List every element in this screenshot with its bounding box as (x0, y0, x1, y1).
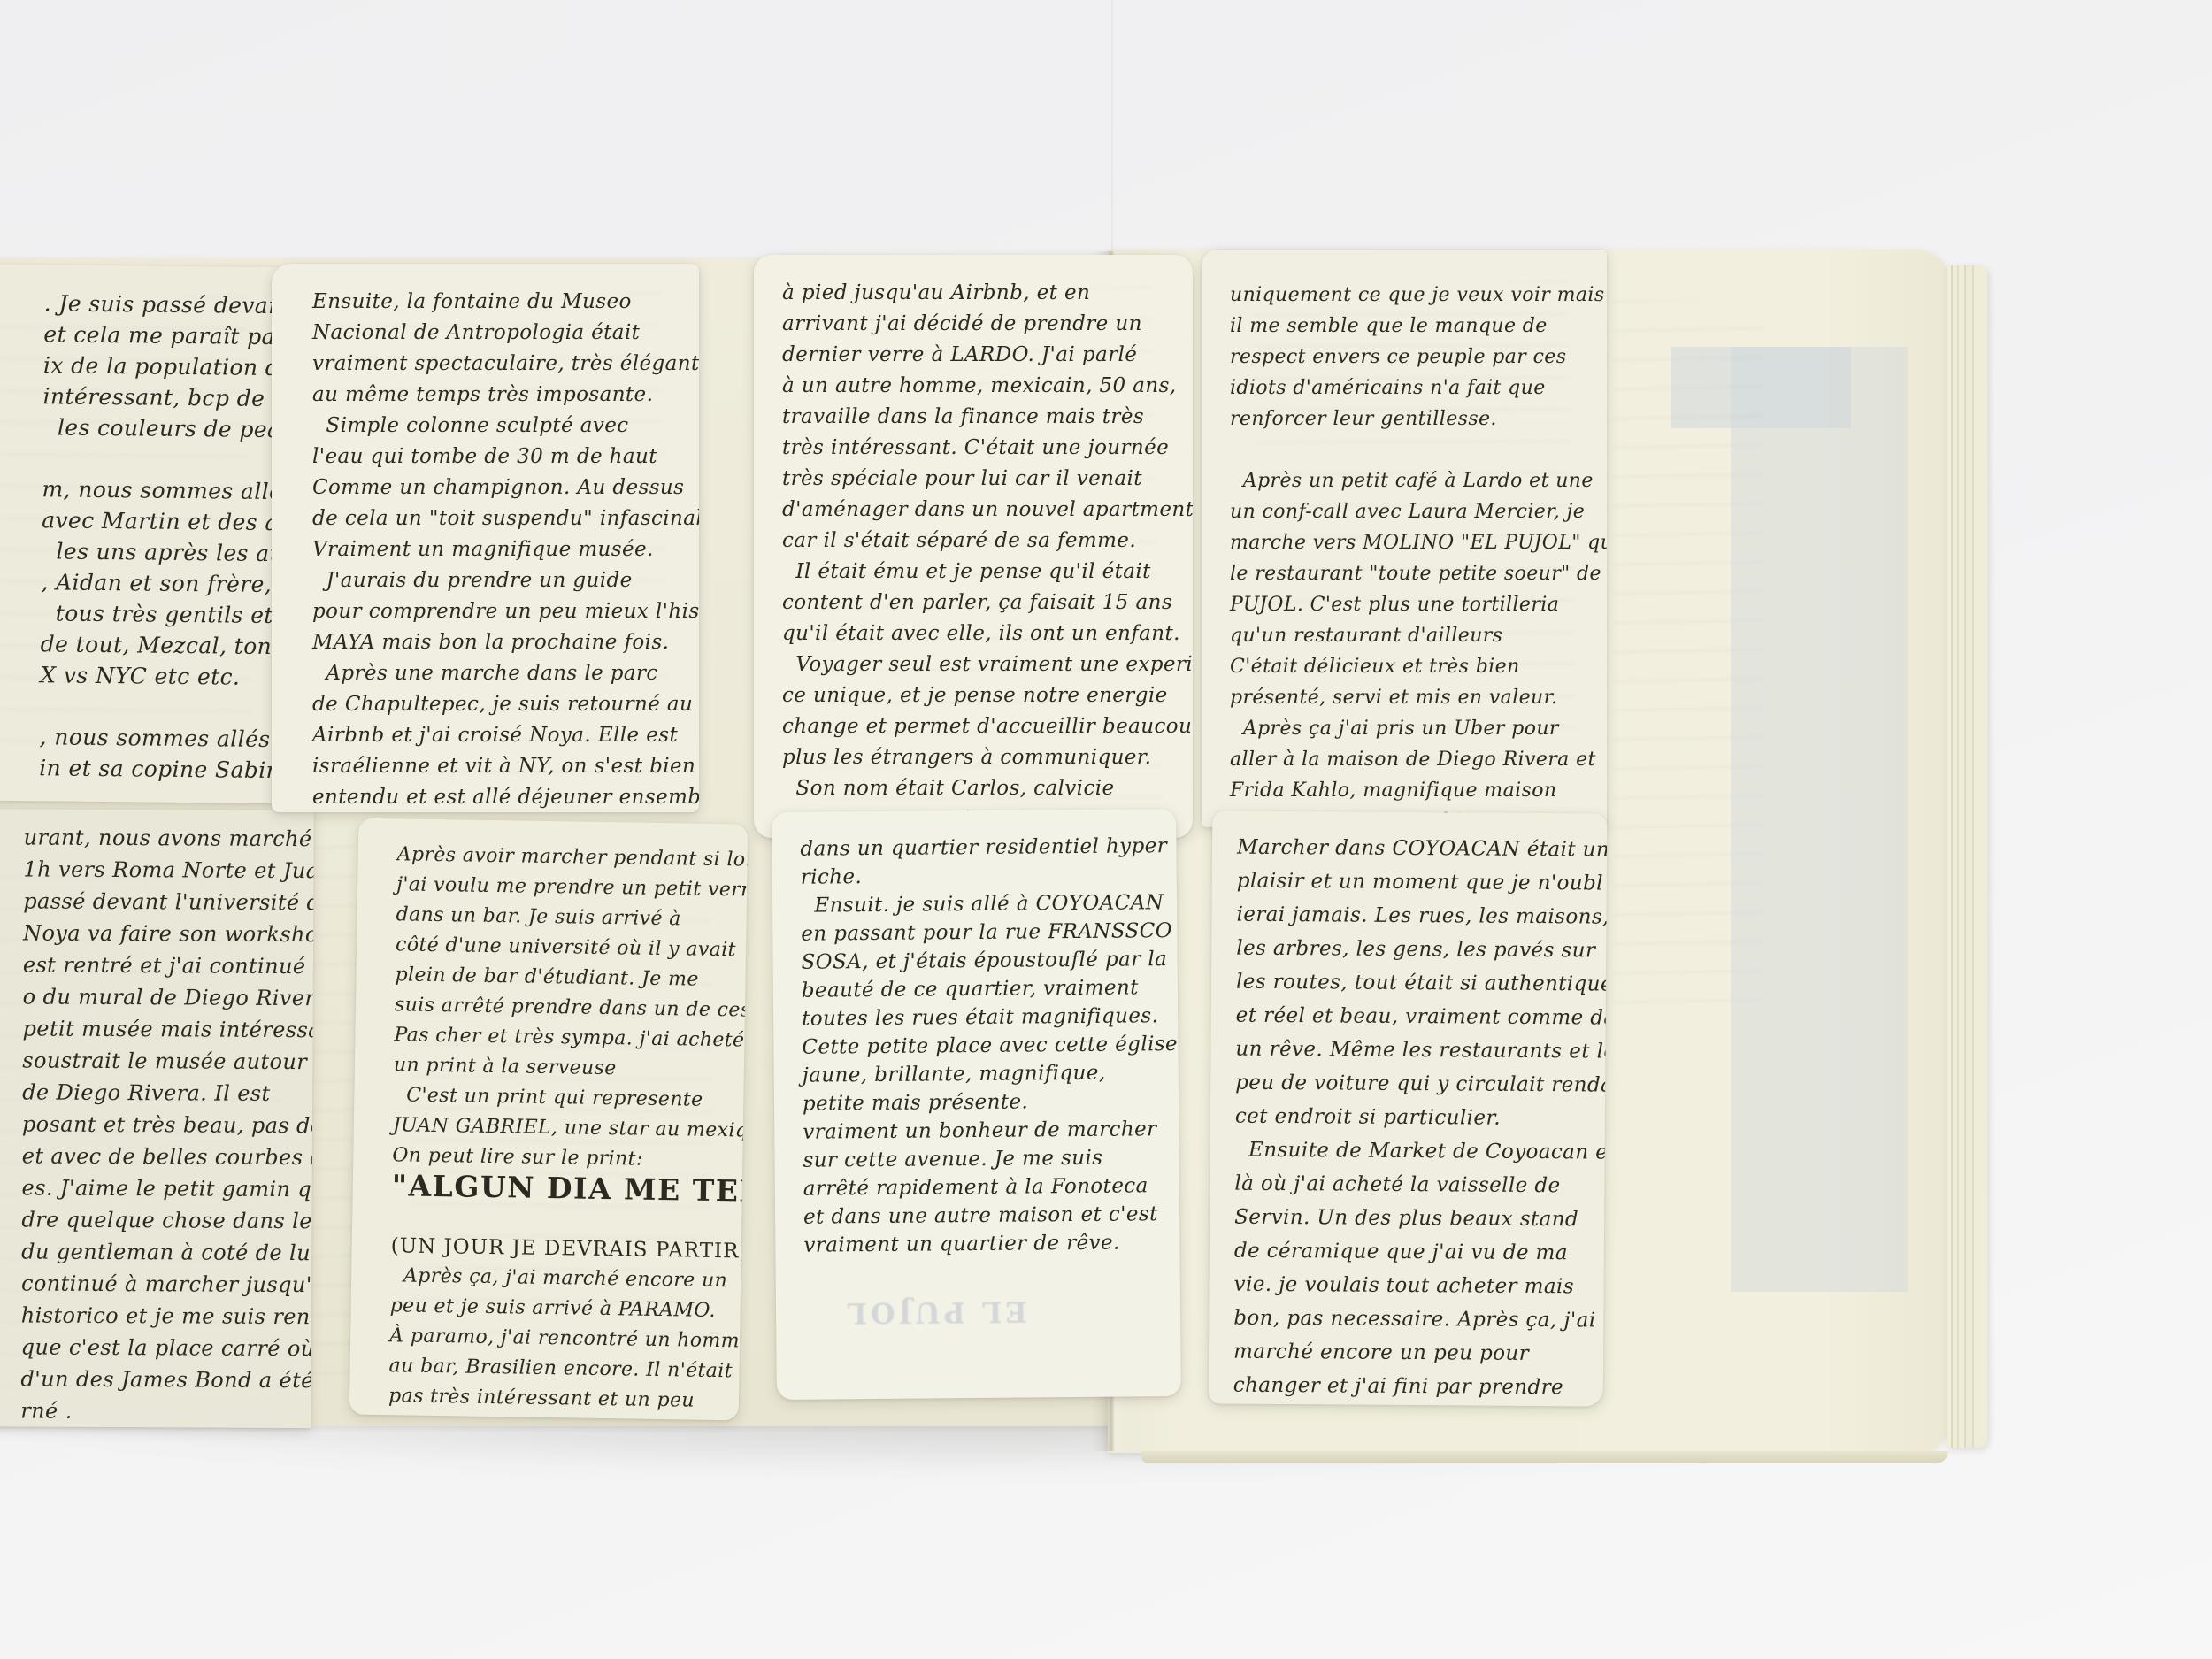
handwritten-line: Cette petite place avec cette église (802, 1030, 1178, 1062)
handwritten-line: Voyager seul est vraiment une experien (782, 649, 1193, 680)
handwritten-line: , nous sommes allés dîner (39, 721, 274, 755)
handwritten-line: les routes, tout était si authentique (1236, 965, 1606, 1002)
handwritten-line: Ensuite, la fontaine du Museo (312, 287, 699, 318)
handwritten-text: à pied jusqu'au Airbnb, et enarrivant j'… (754, 255, 1193, 835)
handwritten-line: renforcer leur gentillesse. (1230, 403, 1607, 434)
handwritten-line: et réel et beau, vraiment comme dans (1236, 999, 1606, 1035)
handwritten-line: et cela me paraît pas (43, 319, 279, 352)
handwritten-line: urant, nous avons marché (24, 821, 314, 855)
handwritten-line: ierai jamais. Les rues, les maisons, (1236, 898, 1606, 934)
handwritten-line: o du mural de Diego Rivera. (23, 980, 313, 1014)
handwritten-line: intéressant, bcp de mexicains, (42, 380, 278, 414)
handwritten-line: Airbnb et j'ai croisé Noya. Elle est (312, 720, 699, 751)
handwritten-line: vie. je voulais tout acheter mais (1233, 1268, 1603, 1304)
handwritten-text: urant, nous avons marché1h vers Roma Nor… (0, 809, 314, 1428)
handwritten-line: Après une marche dans le parc (312, 658, 699, 689)
journal-sheet-col2-top: Ensuite, la fontaine du MuseoNacional de… (272, 264, 699, 812)
handwritten-line: que c'est la place carré où (21, 1331, 311, 1364)
handwritten-line: petite mais présente. (803, 1087, 1179, 1118)
handwritten-line: dernier verre à LARDO. J'ai parlé (782, 340, 1193, 371)
handwritten-text: . Je suis passé devantet cela me paraît … (0, 264, 280, 786)
handwritten-line: sur cette avenue. Je me suis (803, 1143, 1179, 1175)
handwritten-line: Servin. Un des plus beaux stand (1234, 1201, 1604, 1237)
handwritten-line: passé devant l'université dans (23, 885, 313, 918)
handwritten-line: dre quelque chose dans le (21, 1203, 311, 1237)
handwritten-line: l'eau qui tombe de 30 m de haut (312, 442, 699, 472)
handwritten-line: vraiment un bonheur de marcher (803, 1115, 1179, 1147)
handwritten-line: au même temps très imposante. (312, 380, 699, 411)
handwritten-line: qu'un restaurant d'ailleurs (1230, 620, 1607, 651)
handwritten-text: Marcher dans COYOACAN était un réelplais… (1209, 810, 1608, 1404)
handwritten-line: m, nous sommes allés boire (42, 473, 277, 507)
handwritten-text: uniquement ce que je veux voir maisil me… (1202, 250, 1607, 827)
journal-sheet-right-bottom: Marcher dans COYOACAN était un réelplais… (1209, 810, 1608, 1406)
handwritten-text: Ensuite, la fontaine du MuseoNacional de… (272, 264, 699, 812)
backdrop-seam (1111, 0, 1113, 253)
handwritten-line: est rentré et j'ai continué vers (23, 949, 313, 982)
handwritten-line: Frida Kahlo, magnifique maison (1230, 775, 1607, 806)
page-stack-edge-bottom (1141, 1451, 1948, 1463)
handwritten-line: du gentleman à coté de lui. (21, 1235, 311, 1269)
handwritten-line: entendu et est allé déjeuner ensemble. (312, 782, 699, 812)
handwritten-line: MAYA mais bon la prochaine fois. (312, 627, 699, 658)
handwritten-line: les uns après les autres. (42, 535, 277, 569)
handwritten-line: à pied jusqu'au Airbnb, et en (782, 278, 1193, 309)
journal-sheet-middle-top: à pied jusqu'au Airbnb, et enarrivant j'… (754, 255, 1193, 838)
handwritten-line: beauté de ce quartier, vraiment (802, 973, 1178, 1005)
el-pujol-bleedthrough: EL PUJOL (794, 1294, 1077, 1331)
handwritten-line: "ALGUN DIA ME TENGO QUE IR." (392, 1171, 742, 1206)
handwritten-line: Vraiment un magnifique musée. (312, 534, 699, 565)
handwritten-line: d'un des James Bond a été (20, 1363, 311, 1396)
handwritten-line: dans un quartier residentiel hyper (800, 832, 1176, 864)
handwritten-line: cet endroit si particulier. (1235, 1100, 1605, 1136)
handwritten-text: Après avoir marcher pendant si longtemps… (349, 818, 748, 1417)
handwritten-line: très intéressant. C'était une journée (782, 433, 1193, 464)
handwritten-line: bon, pas necessaire. Après ça, j'ai (1233, 1302, 1603, 1338)
handwritten-line: change et permet d'accueillir beaucoup (782, 711, 1193, 742)
handwritten-line: un conf-call avec Laura Mercier, je (1230, 496, 1607, 527)
journal-sheet-col2-bottom: Après avoir marcher pendant si longtemps… (349, 818, 749, 1421)
page-stack-edge-right (1947, 265, 1987, 1448)
handwritten-line: en passant pour la rue FRANSSCO (801, 917, 1177, 949)
handwritten-line: de cela un "toit suspendu" infascinable. (312, 503, 699, 534)
handwritten-line: travaille dans la finance mais très (782, 402, 1193, 433)
handwritten-line: J'aurais du prendre un guide (312, 565, 699, 596)
handwritten-line: , Aidan et son frère, Diogo, (41, 566, 276, 600)
handwritten-line: Après un petit café à Lardo et une (1230, 465, 1607, 496)
handwritten-line: continué à marcher jusqu'au (21, 1267, 311, 1301)
handwritten-line: Comme un champignon. Au dessus (312, 472, 699, 503)
handwritten-line: ix de la population dans (43, 349, 279, 383)
handwritten-line: Son nom était Carlos, calvicie (782, 773, 1193, 804)
handwritten-line (42, 442, 278, 476)
handwritten-line: in et sa copine Sabina à (39, 752, 274, 786)
handwritten-line: C'était délicieux et très bien (1230, 651, 1607, 682)
handwritten-line: marché encore un peu pour (1233, 1335, 1603, 1371)
handwritten-line: un rêve. Même les restaurants et le (1235, 1033, 1605, 1069)
handwritten-line: plaisir et un moment que je n'oubl (1237, 864, 1607, 901)
handwritten-line: israélienne et vit à NY, on s'est bien (312, 751, 699, 782)
handwritten-line: soustrait le musée autour du (22, 1044, 312, 1078)
handwritten-line: de Chapultepec, je suis retourné au (312, 689, 699, 720)
handwritten-line: aller à la maison de Diego Rivera et (1230, 744, 1607, 775)
handwritten-line: qu'il était avec elle, ils ont un enfant… (782, 618, 1193, 649)
handwritten-line: Ensuite de Market de Coyoacan et (1235, 1133, 1605, 1170)
handwritten-line: Simple colonne sculpté avec (312, 411, 699, 442)
handwritten-line: posant et très beau, pas de (22, 1108, 312, 1141)
handwritten-line: Il était ému et je pense qu'il était (782, 557, 1193, 588)
handwritten-line: marche vers MOLINO "EL PUJOL" qui est (1230, 527, 1607, 558)
handwritten-line: les couleurs de peau. (42, 411, 278, 445)
handwritten-line: 1h vers Roma Norte et Juarez (23, 853, 313, 887)
bleedthrough-handwriting-right (1612, 301, 1763, 1018)
handwritten-line: à un autre homme, mexicain, 50 ans, (782, 371, 1193, 402)
handwritten-line: de céramique que j'ai vu de ma (1234, 1234, 1604, 1271)
handwritten-line: content d'en parler, ça faisait 15 ans (782, 588, 1193, 618)
handwritten-line: car il s'était séparé de sa femme. (782, 526, 1193, 557)
handwritten-line: Après ça j'ai pris un Uber pour (1230, 713, 1607, 744)
handwritten-line: pas très intéressant et un peu (388, 1381, 739, 1417)
handwritten-line: X vs NYC etc etc. (40, 659, 275, 693)
handwritten-line: Noya va faire son workshop. (23, 917, 313, 950)
journal-sheet-left-top: . Je suis passé devantet cela me paraît … (0, 264, 280, 803)
handwritten-line: arrivant j'ai décidé de prendre un (782, 309, 1193, 340)
handwritten-line: Ensuit. je suis allé à COYOACAN (801, 888, 1177, 920)
handwritten-line: es. J'aime le petit gamin qui (21, 1171, 311, 1205)
handwritten-line: vraiment un quartier de rêve. (803, 1228, 1179, 1260)
handwritten-line: avec Martin et des amis (42, 504, 277, 538)
handwritten-line: jaune, brillante, magnifique, (803, 1058, 1179, 1090)
handwritten-line: PUJOL. C'est plus une tortilleria (1230, 589, 1607, 620)
journal-sheet-middle-bottom: dans un quartier residentiel hyperriche.… (772, 809, 1181, 1400)
journal-sheet-right-top: uniquement ce que je veux voir maisil me… (1202, 250, 1607, 827)
handwritten-line: le restaurant "toute petite soeur" de (1230, 558, 1607, 589)
handwritten-text: dans un quartier residentiel hyperriche.… (772, 809, 1179, 1260)
handwritten-line: historico et je me suis rendu (21, 1299, 311, 1333)
handwritten-line: pour comprendre un peu mieux l'histoire (312, 596, 699, 627)
handwritten-line: rné . (20, 1394, 311, 1428)
handwritten-line (40, 690, 275, 724)
handwritten-line: vraiment spectaculaire, très élégante et (312, 349, 699, 380)
photo-backdrop: . Je suis passé devantet cela me paraît … (0, 0, 2212, 1659)
handwritten-line: tous très gentils et on (41, 597, 276, 631)
handwritten-line: petit musée mais intéressant car (22, 1012, 312, 1046)
handwritten-line: arrêté rapidement à la Fonoteca (803, 1171, 1179, 1203)
handwritten-line: de tout, Mezcal, tonic le (41, 628, 276, 662)
handwritten-line: Nacional de Antropologia était (312, 318, 699, 349)
handwritten-line: et dans une autre maison et c'est (803, 1200, 1179, 1232)
handwritten-line: uniquement ce que je veux voir mais (1230, 280, 1607, 311)
handwritten-line: changer et j'ai fini par prendre (1233, 1369, 1603, 1405)
journal-sheet-left-bottom: urant, nous avons marché1h vers Roma Nor… (0, 809, 314, 1428)
handwritten-line: plus les étrangers à communiquer. (782, 742, 1193, 773)
handwritten-line: toutes les rues était magnifiques. (802, 1002, 1178, 1033)
handwritten-line: d'aménager dans un nouvel apartment (782, 495, 1193, 526)
handwritten-line: et avec de belles courbes dans (22, 1140, 312, 1173)
handwritten-line: Marcher dans COYOACAN était un réel (1237, 831, 1607, 867)
handwritten-line: là où j'ai acheté la vaisselle de (1234, 1167, 1604, 1203)
handwritten-line: très spéciale pour lui car il venait (782, 464, 1193, 495)
handwritten-line: idiots d'américains n'a fait que (1230, 373, 1607, 403)
handwritten-line (1230, 434, 1607, 465)
handwritten-line: peu de voiture qui y circulait rendait (1235, 1066, 1605, 1102)
handwritten-line: riche. (801, 860, 1177, 892)
handwritten-line: il me semble que le manque de (1230, 311, 1607, 342)
handwritten-line: respect envers ce peuple par ces (1230, 342, 1607, 373)
handwritten-line: SOSA, et j'étais époustouflé par la (801, 945, 1177, 977)
handwritten-line: ce unique, et je pense notre energie (782, 680, 1193, 711)
handwritten-line: présenté, servi et mis en valeur. (1230, 682, 1607, 713)
handwritten-line: de Diego Rivera. Il est (22, 1076, 312, 1110)
handwritten-line: les arbres, les gens, les pavés sur (1236, 932, 1606, 968)
handwritten-line: . Je suis passé devant (44, 288, 280, 321)
